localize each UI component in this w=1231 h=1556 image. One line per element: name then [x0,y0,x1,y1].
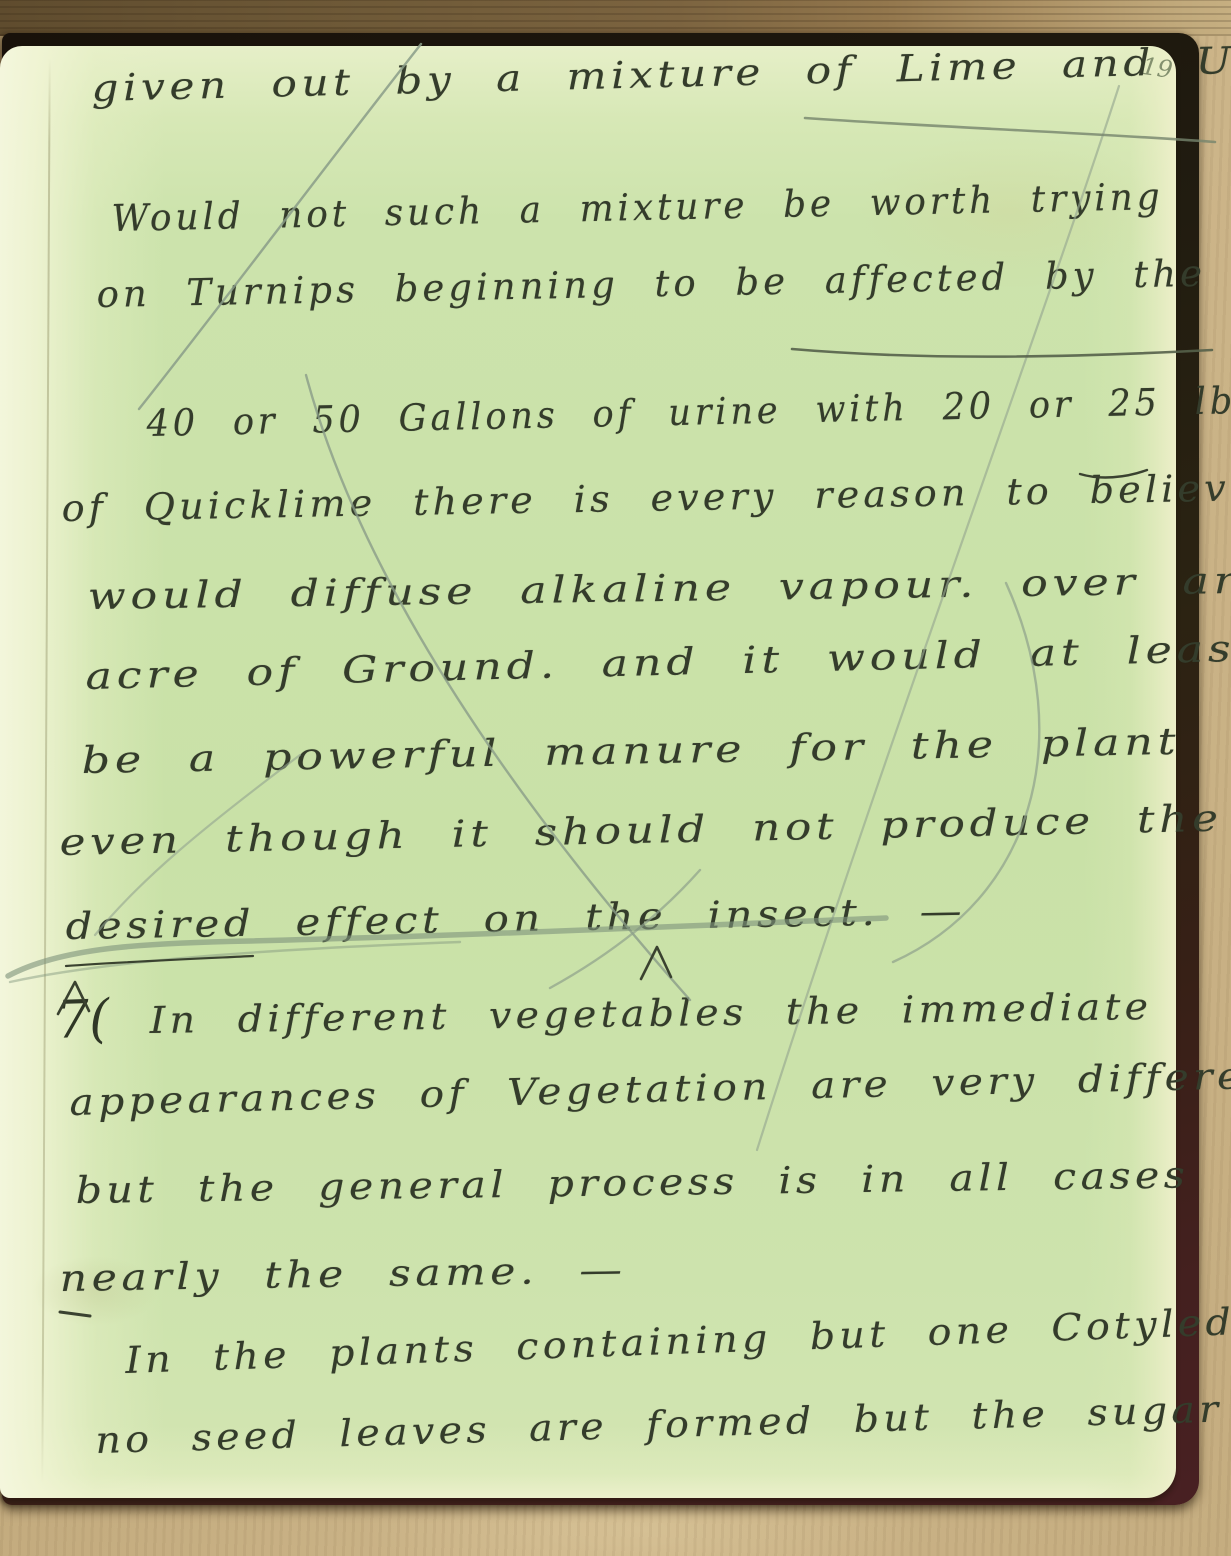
handwritten-line-16: no seed leaves are formed but the sugar [95,1390,1223,1462]
handwritten-line-12: appearances of Vegetation are very diffe… [69,1055,1231,1124]
handwritten-line-11: In different vegetables the immediate [149,987,1152,1042]
margin-paragraph-mark: 7( [55,989,110,1051]
handwritten-line-1: given out by a mixture of Lime and Urine [91,39,1231,110]
handwritten-line-15: In the plants containing but one Cotyled… [125,1300,1231,1381]
handwritten-line-13: but the general process is in all cases [75,1155,1189,1211]
photo-of-notebook-on-desk: 19 given out by a mixture of Lime and Ur… [0,0,1231,1556]
handwritten-line-3: on Turnips beginning to be affected by t… [96,252,1231,316]
handwritten-line-9: even though it should not produce the [59,799,1223,864]
handwritten-line-4: 40 or 50 Gallons of urine with 20 or 25 … [146,381,1231,445]
handwritten-line-14: nearly the same. — [59,1250,626,1300]
handwritten-line-2: Would not such a mixture be worth trying [111,177,1164,240]
handwritten-line-5: of Quicklime there is every reason to be… [61,468,1231,530]
handwritten-line-10: desired effect on the insect. — [65,891,966,947]
page-gutter-crease [41,58,50,1483]
notebook-page: 19 given out by a mixture of Lime and Ur… [0,46,1176,1498]
handwritten-line-7: acre of Ground. and it would at least [85,628,1231,697]
desk-wood-grain [0,0,1231,36]
handwritten-line-6: would diffuse alkaline vapour. over an [87,561,1231,618]
handwritten-line-8: be a powerful manure for the plant [81,722,1180,782]
